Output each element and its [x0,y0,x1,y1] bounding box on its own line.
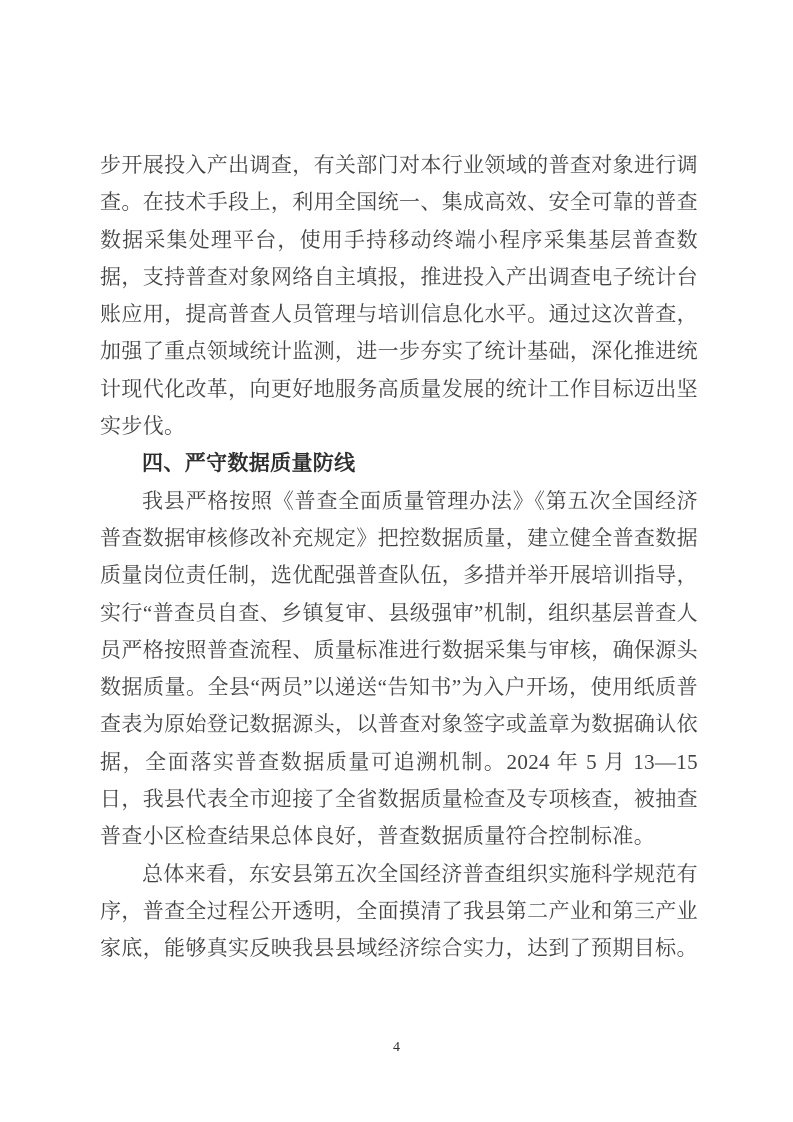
page-footer: 4 [0,1038,793,1057]
paragraph-overall-summary: 总体来看，东安县第五次全国经济普查组织实施科学规范有序，普查全过程公开透明，全面… [100,856,698,968]
page-number: 4 [393,1040,400,1055]
paragraph-census-implementation: 步开展投入产出调查，有关部门对本行业领域的普查对象进行调查。在技术手段上，利用全… [100,147,698,445]
paragraph-data-quality-control: 我县严格按照《普查全面质量管理办法》《第五次全国经济普查数据审核修改补充规定》把… [100,483,698,856]
section-heading-data-quality: 四、严守数据质量防线 [100,445,698,482]
document-body: 步开展投入产出调查，有关部门对本行业领域的普查对象进行调查。在技术手段上，利用全… [100,147,698,968]
document-page: 步开展投入产出调查，有关部门对本行业领域的普查对象进行调查。在技术手段上，利用全… [0,0,793,1122]
